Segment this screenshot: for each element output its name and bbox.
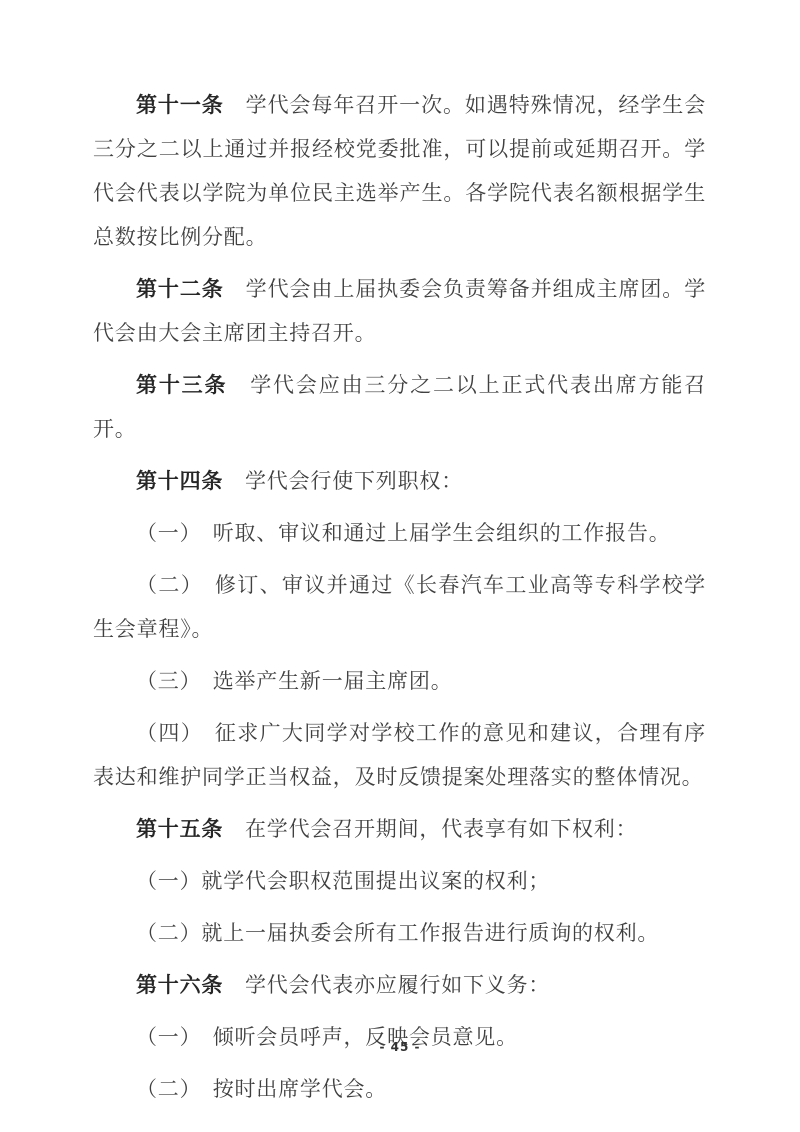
list-item-text: （三） 选举产生新一届主席团。: [136, 669, 453, 693]
list-item-text: （四） 征求广大同学对学校工作的意见和建议，合理有序表达和维护同学正当权益，及时…: [93, 721, 706, 789]
article-paragraph-14: 第十四条 学代会行使下列职权：: [93, 459, 706, 503]
article-number: 第十一条: [136, 92, 224, 117]
article-number: 第十三条: [136, 372, 227, 397]
article-number: 第十四条: [136, 468, 223, 493]
list-item-paragraph: （二）就上一届执委会所有工作报告进行质询的权利。: [93, 911, 706, 955]
list-item-paragraph: （三） 选举产生新一届主席团。: [93, 659, 706, 703]
list-item-text: （二） 按时出席学代会。: [136, 1077, 387, 1101]
document-page: 第十一条 学代会每年召开一次。如遇特殊情况，经学生会三分之二以上通过并报经校党委…: [0, 0, 800, 1132]
article-text: 学代会代表亦应履行如下义务：: [223, 973, 550, 997]
article-paragraph-12: 第十二条 学代会由上届执委会负责筹备并组成主席团。学代会由大会主席团主持召开。: [93, 267, 706, 355]
article-paragraph-11: 第十一条 学代会每年召开一次。如遇特殊情况，经学生会三分之二以上通过并报经校党委…: [93, 83, 706, 259]
list-item-paragraph: （二） 修订、审议并通过《长春汽车工业高等专科学校学生会章程》。: [93, 563, 706, 651]
article-paragraph-15: 第十五条 在学代会召开期间，代表享有如下权利：: [93, 807, 706, 851]
list-item-paragraph: （四） 征求广大同学对学校工作的意见和建议，合理有序表达和维护同学正当权益，及时…: [93, 711, 706, 799]
article-number: 第十六条: [136, 972, 223, 997]
list-item-text: （二）就上一届执委会所有工作报告进行质询的权利。: [136, 921, 659, 945]
article-number: 第十二条: [136, 276, 224, 301]
article-paragraph-16: 第十六条 学代会代表亦应履行如下义务：: [93, 963, 706, 1007]
article-text: 在学代会召开期间，代表享有如下权利：: [223, 817, 637, 841]
list-item-text: （二） 修订、审议并通过《长春汽车工业高等专科学校学生会章程》。: [93, 573, 706, 641]
article-text: 学代会行使下列职权：: [223, 469, 463, 493]
list-item-text: （一） 听取、审议和通过上届学生会组织的工作报告。: [136, 521, 671, 545]
page-number: - 45 -: [0, 1040, 800, 1054]
list-item-paragraph: （二） 按时出席学代会。: [93, 1067, 706, 1111]
page-content: 第十一条 学代会每年召开一次。如遇特殊情况，经学生会三分之二以上通过并报经校党委…: [93, 83, 706, 1119]
list-item-paragraph: （一） 听取、审议和通过上届学生会组织的工作报告。: [93, 511, 706, 555]
list-item-paragraph: （一）就学代会职权范围提出议案的权利；: [93, 859, 706, 903]
list-item-text: （一）就学代会职权范围提出议案的权利；: [136, 869, 550, 893]
article-number: 第十五条: [136, 816, 223, 841]
article-paragraph-13: 第十三条 学代会应由三分之二以上正式代表出席方能召开。: [93, 363, 706, 451]
